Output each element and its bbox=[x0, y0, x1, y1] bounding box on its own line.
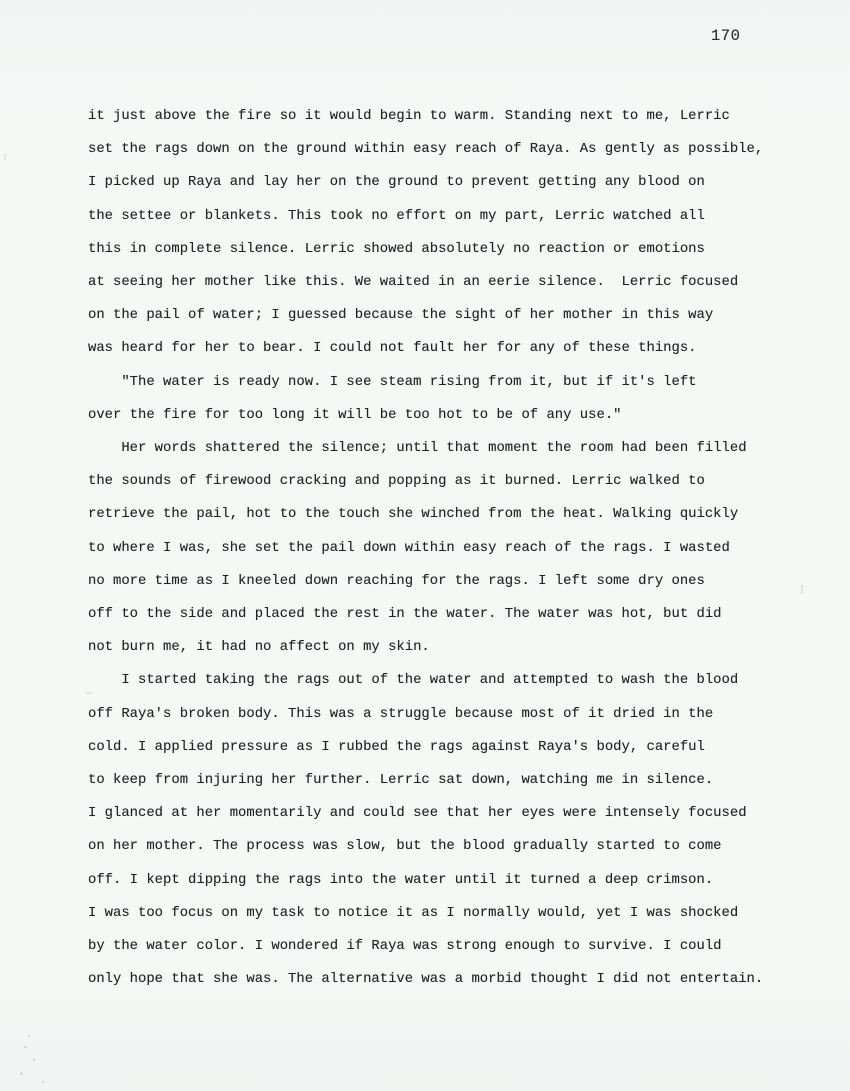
text-line: by the water color. I wondered if Raya w… bbox=[88, 930, 778, 963]
text-line: off Raya's broken body. This was a strug… bbox=[88, 698, 778, 731]
text-line: I glanced at her momentarily and could s… bbox=[88, 797, 778, 830]
text-line: only hope that she was. The alternative … bbox=[88, 963, 778, 996]
text-line: over the fire for too long it will be to… bbox=[88, 399, 778, 432]
text-line: off. I kept dipping the rags into the wa… bbox=[88, 864, 778, 897]
text-line: this in complete silence. Lerric showed … bbox=[88, 233, 778, 266]
scan-speck bbox=[24, 1046, 27, 1048]
scan-speck bbox=[20, 1072, 23, 1075]
page-number: 170 bbox=[711, 27, 740, 45]
text-line: at seeing her mother like this. We waite… bbox=[88, 266, 778, 299]
text-line: I was too focus on my task to notice it … bbox=[88, 897, 778, 930]
text-line: to where I was, she set the pail down wi… bbox=[88, 532, 778, 565]
scan-speck bbox=[28, 1035, 30, 1037]
scan-speck bbox=[42, 1081, 44, 1083]
text-line: retrieve the pail, hot to the touch she … bbox=[88, 498, 778, 531]
text-line: on her mother. The process was slow, but… bbox=[88, 830, 778, 863]
text-line: the settee or blankets. This took no eff… bbox=[88, 200, 778, 233]
text-line: it just above the fire so it would begin… bbox=[88, 100, 778, 133]
text-line: not burn me, it had no affect on my skin… bbox=[88, 631, 778, 664]
scan-speck bbox=[33, 1058, 35, 1061]
text-line: no more time as I kneeled down reaching … bbox=[88, 565, 778, 598]
text-line: off to the side and placed the rest in t… bbox=[88, 598, 778, 631]
manuscript-lines: it just above the fire so it would begin… bbox=[88, 100, 778, 996]
text-line: set the rags down on the ground within e… bbox=[88, 133, 778, 166]
text-line: I picked up Raya and lay her on the grou… bbox=[88, 166, 778, 199]
text-line: cold. I applied pressure as I rubbed the… bbox=[88, 731, 778, 764]
text-line: Her words shattered the silence; until t… bbox=[88, 432, 778, 465]
text-line: to keep from injuring her further. Lerri… bbox=[88, 764, 778, 797]
manuscript-page: 170 it just above the fire so it would b… bbox=[0, 0, 850, 1091]
scan-speck bbox=[801, 585, 803, 594]
text-line: "The water is ready now. I see steam ris… bbox=[88, 366, 778, 399]
text-line: the sounds of firewood cracking and popp… bbox=[88, 465, 778, 498]
text-line: on the pail of water; I guessed because … bbox=[88, 299, 778, 332]
scan-speck bbox=[4, 154, 6, 160]
text-line: was heard for her to bear. I could not f… bbox=[88, 332, 778, 365]
text-line: I started taking the rags out of the wat… bbox=[88, 664, 778, 697]
